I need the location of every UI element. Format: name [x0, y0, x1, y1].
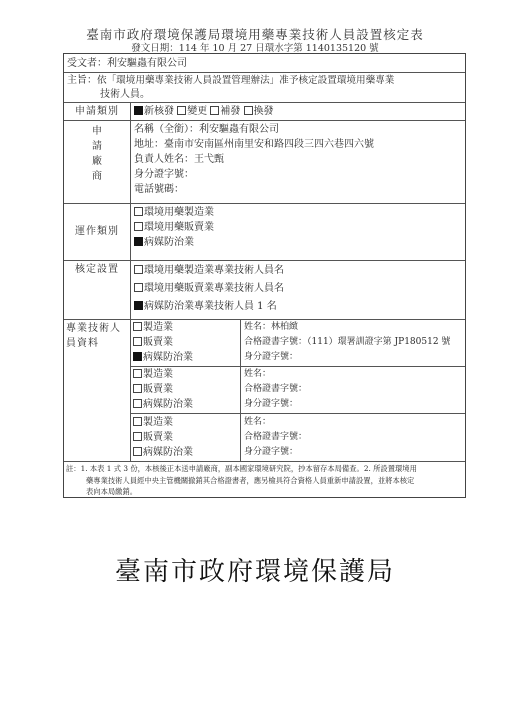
row-divider: [64, 120, 465, 121]
tech3-name: 姓名：: [244, 415, 307, 430]
empty-box-icon: [210, 106, 219, 115]
subject-label: 主旨：: [67, 75, 97, 86]
checkbox-tech2-pest-control[interactable]: 病媒防治業: [133, 397, 193, 412]
empty-box-icon: [134, 265, 143, 274]
approval-form-table: 受文者：利安驅蟲有限公司 主旨：依「環境用藥專業技術人員設置管理辦法」准予核定設…: [63, 53, 466, 498]
subject-line1: 依「環境用藥專業技術人員設置管理辦法」准予核定設置環境用藥專業: [97, 75, 394, 86]
empty-box-icon: [133, 369, 142, 378]
applicant-address-field: 地址：臺南市安南區州南里安和路四段三四六巷四六號: [134, 137, 374, 152]
recipient-value: 利安驅蟲有限公司: [107, 58, 187, 69]
checkbox-new-issue[interactable]: 新核發: [134, 106, 174, 117]
applicant-name-field: 名稱（全銜）：利安驅蟲有限公司: [134, 122, 374, 137]
issue-date-line: 發文日期：114 年 10 月 27 日環水字第 1140135120 號: [0, 40, 510, 54]
issuer-seal: 臺南市政府環境保護局: [0, 551, 510, 588]
tech2-id-number: 身分證字號：: [244, 397, 307, 412]
checkbox-tech3-sales[interactable]: 販賣業: [133, 430, 193, 445]
approved-setup-options: 環境用藥製造業專業技術人員名 環境用藥販賣業專業技術人員名 病媒防治業專業技術人…: [134, 263, 284, 317]
notes: 註：1. 本表 1 式 3 份，本核後正本送申請廠商，副本國家環境研究院，抄本留…: [66, 463, 417, 498]
row-divider: [64, 461, 465, 462]
empty-box-icon: [133, 322, 142, 331]
operation-type-options: 環境用藥製造業 環境用藥販賣業 病媒防治業: [134, 205, 214, 250]
empty-box-icon: [133, 447, 142, 456]
empty-box-icon: [244, 106, 253, 115]
technician-1-types: 製造業 販賣業 病媒防治業: [133, 320, 193, 365]
checked-box-icon: [133, 352, 142, 361]
technician-data-label: 專業技術人 員資料: [66, 321, 121, 351]
empty-box-icon: [133, 417, 142, 426]
col-divider: [130, 102, 131, 461]
application-type-options: 新核發 變更 補發 換發: [134, 104, 274, 119]
responsible-person-field: 負責人姓名：王弋甄: [134, 152, 374, 167]
checkbox-tech1-manufacturing[interactable]: 製造業: [133, 320, 193, 335]
subject-row: 主旨：依「環境用藥專業技術人員設置管理辦法」准予核定設置環境用藥專業: [67, 73, 394, 88]
empty-box-icon: [134, 283, 143, 292]
technician-2-types: 製造業 販賣業 病媒防治業: [133, 367, 193, 412]
checkbox-manufacturing-staff[interactable]: 環境用藥製造業專業技術人員名: [134, 263, 284, 281]
row-divider: [64, 260, 465, 261]
checkbox-sales[interactable]: 環境用藥販賣業: [134, 220, 214, 235]
id-number-field: 身分證字號：: [134, 167, 374, 182]
tech1-cert-number: 合格證書字號：（111）環署訓證字第 JP180512 號: [244, 335, 450, 350]
checkbox-tech2-manufacturing[interactable]: 製造業: [133, 367, 193, 382]
empty-box-icon: [177, 106, 186, 115]
note-line-1: 註：1. 本表 1 式 3 份，本核後正本送申請廠商，副本國家環境研究院，抄本留…: [66, 463, 417, 475]
col-divider: [240, 319, 241, 461]
applicant-fields: 名稱（全銜）：利安驅蟲有限公司 地址：臺南市安南區州南里安和路四段三四六巷四六號…: [134, 122, 374, 197]
empty-box-icon: [133, 384, 142, 393]
subject-line2: 技術人員。: [100, 87, 150, 102]
empty-box-icon: [134, 222, 143, 231]
checkbox-tech1-pest-control[interactable]: 病媒防治業: [133, 350, 193, 365]
checkbox-manufacturing[interactable]: 環境用藥製造業: [134, 205, 214, 220]
empty-box-icon: [133, 432, 142, 441]
checkbox-pest-control-staff[interactable]: 病媒防治業專業技術人員 1 名: [134, 299, 284, 317]
checkbox-sales-staff[interactable]: 環境用藥販賣業專業技術人員名: [134, 281, 284, 299]
technician-3-info: 姓名： 合格證書字號： 身分證字號：: [244, 415, 307, 460]
recipient-row: 受文者：利安驅蟲有限公司: [67, 56, 187, 71]
tech3-id-number: 身分證字號：: [244, 445, 307, 460]
application-type-label: 申請類別: [64, 104, 130, 119]
row-divider: [64, 203, 465, 204]
technician-2-info: 姓名： 合格證書字號： 身分證字號：: [244, 367, 307, 412]
checkbox-tech1-sales[interactable]: 販賣業: [133, 335, 193, 350]
checkbox-tech3-manufacturing[interactable]: 製造業: [133, 415, 193, 430]
checkbox-reissue[interactable]: 補發: [210, 106, 240, 117]
empty-box-icon: [133, 399, 142, 408]
tech1-id-number: 身分證字號：: [244, 350, 450, 365]
note-line-2: 藥專業技術人員經中央主管機關撤銷其合格證書者，應另檢具符合資格人員重新申請設置，…: [66, 475, 417, 487]
checked-box-icon: [134, 106, 143, 115]
recipient-label: 受文者：: [67, 58, 107, 69]
checkbox-tech3-pest-control[interactable]: 病媒防治業: [133, 445, 193, 460]
tech2-cert-number: 合格證書字號：: [244, 382, 307, 397]
technician-3-types: 製造業 販賣業 病媒防治業: [133, 415, 193, 460]
note-line-3: 表向本局繳銷。: [66, 486, 417, 498]
tech1-name: 姓名：林柏緻: [244, 320, 450, 335]
row-divider: [64, 102, 465, 103]
empty-box-icon: [134, 207, 143, 216]
checkbox-renewal[interactable]: 換發: [244, 106, 274, 117]
checkbox-pest-control[interactable]: 病媒防治業: [134, 235, 214, 250]
checked-box-icon: [134, 237, 143, 246]
row-divider: [130, 413, 465, 414]
tech2-name: 姓名：: [244, 367, 307, 382]
checkbox-tech2-sales[interactable]: 販賣業: [133, 382, 193, 397]
operation-type-label: 運作類別: [64, 224, 130, 239]
approved-setup-label: 核定設置: [64, 262, 130, 277]
applicant-label: 申 請 廠 商: [64, 124, 130, 184]
checked-box-icon: [134, 301, 143, 310]
technician-1-info: 姓名：林柏緻 合格證書字號：（111）環署訓證字第 JP180512 號 身分證…: [244, 320, 450, 365]
empty-box-icon: [133, 337, 142, 346]
checkbox-change[interactable]: 變更: [177, 106, 207, 117]
phone-number-field: 電話號碼：: [134, 182, 374, 197]
tech3-cert-number: 合格證書字號：: [244, 430, 307, 445]
